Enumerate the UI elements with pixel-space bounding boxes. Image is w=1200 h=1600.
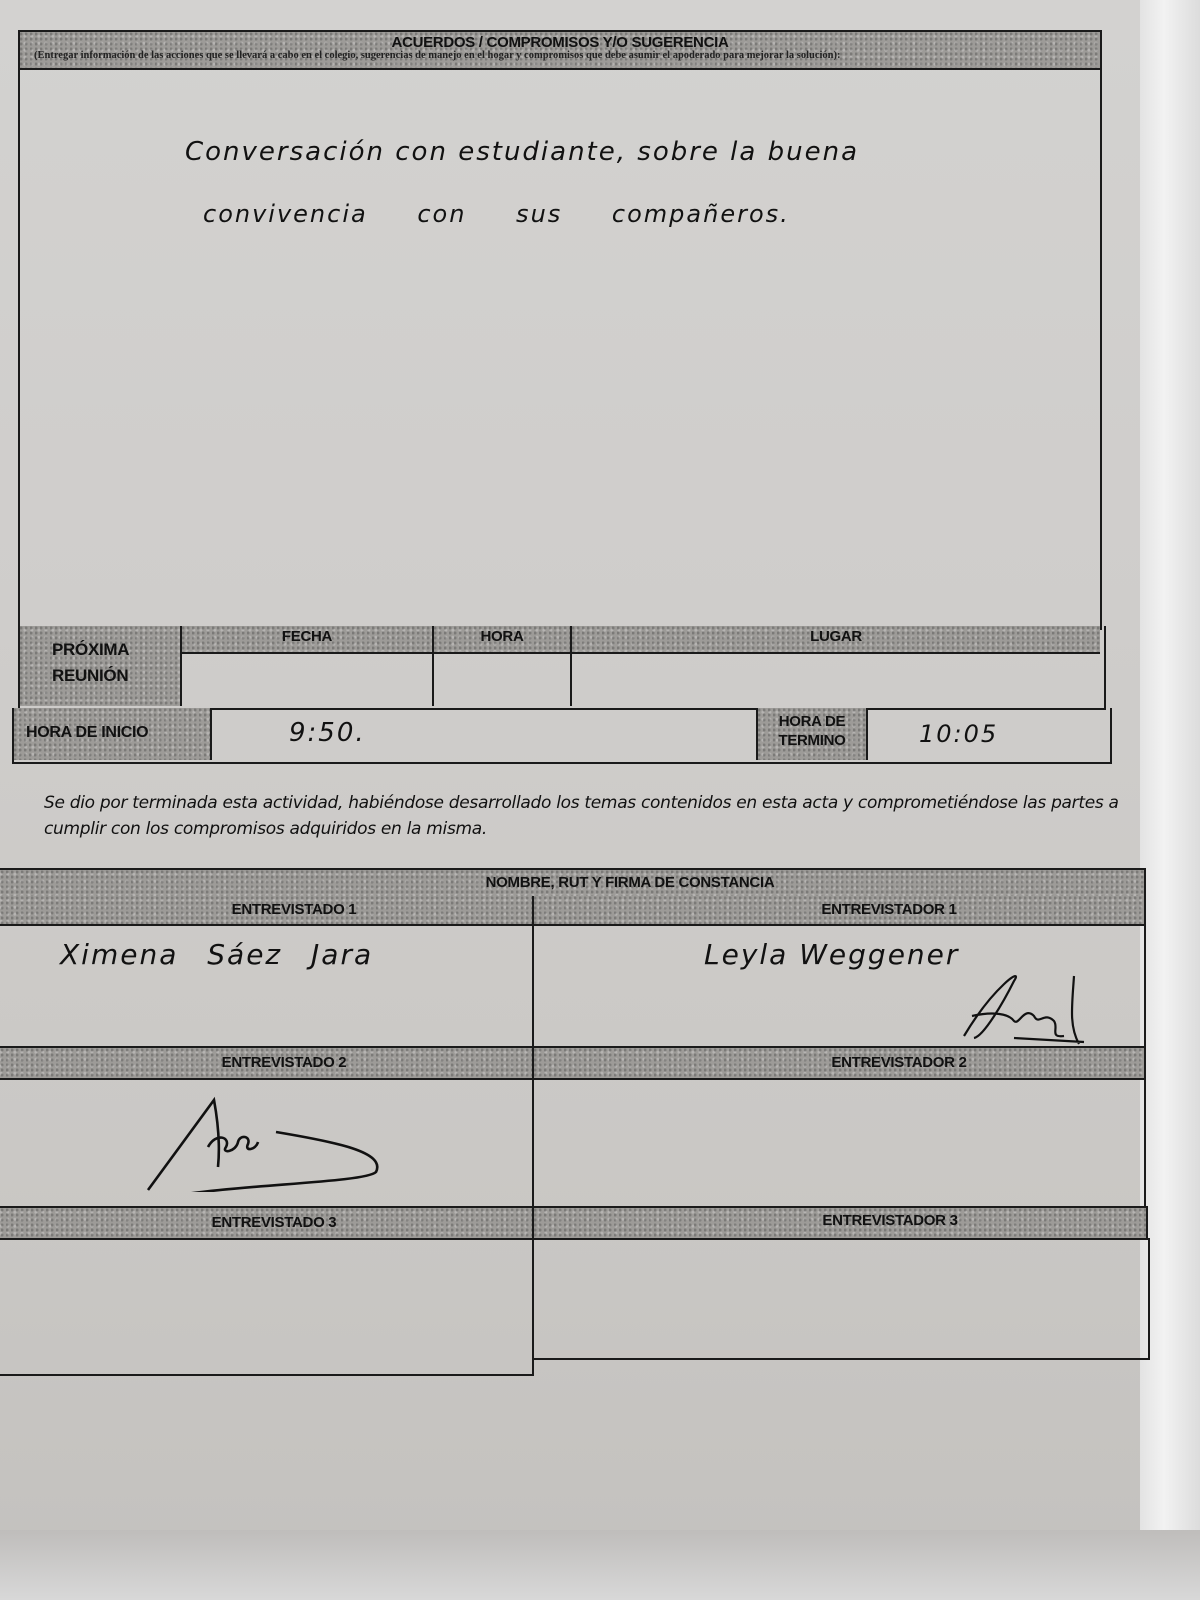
paper-bottom-edge (0, 1530, 1200, 1600)
entrevistador-2-field[interactable] (534, 1078, 1146, 1206)
hora-inicio-value[interactable]: 9:50. (289, 718, 366, 748)
entrevistado-3-field[interactable] (0, 1238, 534, 1376)
entrevistado-2-field[interactable] (0, 1078, 534, 1206)
entrevistador-1-name: Leyla Weggener (704, 938, 959, 971)
acuerdos-handwritten-line: convivencia con sus compañeros. (203, 200, 790, 228)
entrevistado-1-field[interactable]: Ximena Sáez Jara (0, 926, 534, 1046)
acuerdos-section: ACUERDOS / COMPROMISOS Y/O SUGERENCIA (E… (18, 30, 1102, 630)
entrevistado-1-label: ENTREVISTADO 1 (0, 896, 532, 924)
entrevistado-3-header: ENTREVISTADO 3 (0, 1206, 534, 1240)
entrevistado-1-header: ENTREVISTADO 1 (0, 896, 534, 926)
entrevistador-2-header: ENTREVISTADOR 2 (534, 1046, 1146, 1080)
hora-termino-label-cell: HORA DE TERMINO (756, 708, 868, 760)
lugar-label: LUGAR (572, 626, 1100, 648)
hora-header: HORA (434, 626, 572, 654)
closing-statement: Se dio por terminada esta actividad, hab… (44, 790, 1154, 842)
firmas-title: NOMBRE, RUT Y FIRMA DE CONSTANCIA (0, 870, 1144, 896)
entrevistador-3-label: ENTREVISTADOR 3 (534, 1208, 1146, 1234)
entrevistado-2-header: ENTREVISTADO 2 (0, 1046, 534, 1080)
firmas-title-bar: NOMBRE, RUT Y FIRMA DE CONSTANCIA (0, 868, 1146, 898)
proxima-label-line2: REUNIÓN (52, 666, 128, 686)
hora-termino-label-line1: HORA DE (758, 712, 866, 731)
hora-inicio-label-cell: HORA DE INICIO (14, 708, 212, 760)
entrevistador-3-header: ENTREVISTADOR 3 (534, 1206, 1148, 1240)
proxima-reunion-section: PRÓXIMA REUNIÓN FECHA HORA LUGAR (18, 626, 1106, 710)
entrevistador-1-field[interactable]: Leyla Weggener (534, 926, 1146, 1046)
hora-field[interactable] (434, 654, 572, 706)
entrevistador-1-label: ENTREVISTADOR 1 (534, 896, 1144, 924)
entrevistado-2-label: ENTREVISTADO 2 (0, 1048, 532, 1078)
horario-section: HORA DE INICIO 9:50. HORA DE TERMINO 10:… (12, 708, 1112, 764)
entrevistado-1-name: Ximena Sáez Jara (60, 938, 373, 971)
entrevistador-2-label: ENTREVISTADOR 2 (534, 1048, 1144, 1078)
entrevistado-2-signature-icon (136, 1092, 396, 1192)
acuerdos-handwritten-line: Conversación con estudiante, sobre la bu… (185, 137, 859, 167)
hora-label: HORA (434, 626, 570, 648)
firmas-section: NOMBRE, RUT Y FIRMA DE CONSTANCIA ENTREV… (0, 868, 1146, 1373)
proxima-reunion-label-cell: PRÓXIMA REUNIÓN (20, 626, 182, 706)
proxima-label-line1: PRÓXIMA (52, 640, 129, 660)
fecha-label: FECHA (182, 626, 432, 648)
entrevistador-1-signature-icon (954, 966, 1094, 1046)
hora-inicio-label: HORA DE INICIO (14, 708, 210, 758)
entrevistador-1-header: ENTREVISTADOR 1 (534, 896, 1146, 926)
acuerdos-instructions: (Entregar información de las acciones qu… (34, 50, 841, 61)
fecha-header: FECHA (182, 626, 434, 654)
hora-termino-value[interactable]: 10:05 (919, 720, 998, 748)
fecha-field[interactable] (182, 654, 434, 706)
entrevistador-3-field[interactable] (534, 1238, 1150, 1360)
hora-termino-label-line2: TERMINO (758, 731, 866, 750)
lugar-header: LUGAR (572, 626, 1100, 654)
acuerdos-title: ACUERDOS / COMPROMISOS Y/O SUGERENCIA (20, 34, 1100, 51)
entrevistado-3-label: ENTREVISTADO 3 (0, 1208, 532, 1238)
lugar-field[interactable] (572, 654, 1100, 706)
